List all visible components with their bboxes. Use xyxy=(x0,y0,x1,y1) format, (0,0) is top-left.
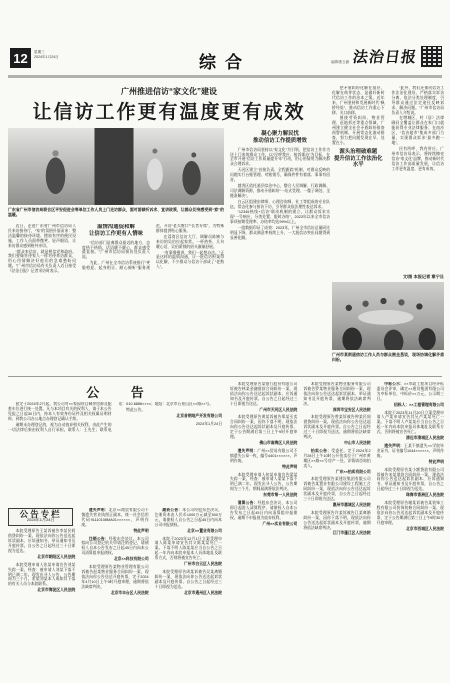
newspaper-page: 12 星期三 2024年1月24日 综合 编辑/燕玉涵 法治日报 广州推进信访“… xyxy=(0,0,450,683)
story-right-column: 把矛盾纠纷化解在基层、化解在萌芽状态，是做好新时代信访工作的治本之策。近年来，广… xyxy=(332,86,444,372)
classified-signature: 北京市丰台区人民法院 xyxy=(81,591,148,596)
secondary-photo-caption: 广州市某街道信访工作人员与群众围坐恳谈，现场协调化解矛盾纠纷。 xyxy=(332,352,444,362)
classified-signature: 江门市蓬江区人民法院 xyxy=(303,531,370,536)
classified-signature: 北京市通州区人民法院 xyxy=(155,591,222,596)
classified-signature: 惠州市惠城区人民法院 xyxy=(303,503,370,508)
classifieds-columns: 本院受理原告某银行股份有限公司诉被告林某金融借款合同纠纷一案，现依法向你公告送达… xyxy=(230,382,444,658)
notice-board-date: 2024年1月24日 xyxy=(11,518,70,523)
notice-body: 兹定于2024年2月起，我公司对××家园项目剩余房源及配套车位进行统一处置。凡与… xyxy=(8,402,222,504)
classified-item: 本院受理原告某小额贷款有限公司诉被告宋某借款合同纠纷一案，现依法向你公告送达起诉… xyxy=(377,468,444,493)
classified-item: 中标公示：××市政工程项目经评标委员会评审，确定××建设集团有限公司为中标单位，… xyxy=(377,382,444,402)
page-number: 12 xyxy=(13,51,27,66)
classified-signature: 特此声明 xyxy=(81,529,148,534)
classified-signature: 清远市清城区人民法院 xyxy=(377,436,444,441)
story-paragraph: 越秀区依托基层综治中心，整合人民调解、行政调解、司法调解资源，推动矛盾纠纷“一站… xyxy=(230,184,330,199)
notice-sign-date: 2024年1月24日 xyxy=(119,422,223,427)
editor-credit: 编辑/燕玉涵 xyxy=(331,59,349,64)
classified-head: 中标公示： xyxy=(384,382,404,386)
classified-item: 遗失声明：广州××贸易有限公司不慎遗失公章一枚，编号4401××××××，声明作… xyxy=(230,449,297,464)
classified-signature: 北京××置业有限公司 xyxy=(155,529,222,534)
story-byline: 文/图 本报记者 章宁旦 xyxy=(332,274,444,280)
classified-item: 遗失声明：北京××商贸有限公司不慎遗失营业执照正副本，统一社会信用代码91110… xyxy=(81,508,148,528)
classified-text: 本院受理原告王某诉被告李某民间借贷纠纷一案，现依法向你公告送达起诉状副本、应诉通… xyxy=(8,529,75,553)
classified-signature: 深圳市宝安区人民法院 xyxy=(303,408,370,413)
lead-photo-caption: 广东省广州市信访局联合区平安促进会等单位工作人员上门走访群众，面对面倾听诉求、宣… xyxy=(8,207,224,217)
notice-title: 公 告 xyxy=(8,382,222,401)
story-paragraph: 民有所呼，我有所应。广州市信访局表示，将持续擦亮信访“家文化”品牌，推动新时代信… xyxy=(392,147,445,172)
story-paragraph: 广州市信访局坚持以“家文化”为引领，把信访工作作为送上门来的群众工作，以“民呼我… xyxy=(230,148,330,168)
paragraph-group: 广州市信访局坚持以“家文化”为引领，把信访工作作为送上门来的群众工作，以“民呼我… xyxy=(230,148,330,241)
classified-item: 拍卖公告：受委托，定于2024年2月28日上午10时公开拍卖位于广州市黄埔区××… xyxy=(303,449,370,469)
classified-text: 本院受理申请人张某申请宣告刘某失踪一案，经查：被申请人刘某下落不明已满二年。现发… xyxy=(8,563,75,587)
story-paragraph: “有事慢慢讲，我们一起想办法。”正是这样的温情沟通，让一批信访积案得以化解，不少… xyxy=(156,251,224,271)
notice-paragraph: 兹定于2024年2月起，我公司对××家园项目剩余房源及配套车位进行统一处置。凡与… xyxy=(8,402,112,422)
classified-signature: 特此声明 xyxy=(377,460,444,465)
notice-paragraph: 特此公告。 xyxy=(119,408,223,413)
paragraph-group: 把矛盾纠纷化解在基层、化解在萌芽状态，是做好新时代信访工作的治本之策。近年来，广… xyxy=(332,86,385,146)
story-paragraph: 天河区建立“首接负责、全程跟踪”机制，对群众反映的问题实行台账管理、对账销号，确… xyxy=(230,168,330,183)
classified-item: 本院受理申请人张某申请宣告刘某失踪一案，经查：被申请人刘某下落不明已满二年。现发… xyxy=(8,563,75,588)
story-paragraph: “群众来信访，就是相信党和政府。我们要像对待家人一样对待来访群众，用心用情解决好… xyxy=(8,250,76,275)
classified-item: 本院受理原告谢某诉被告某装饰工程有限公司装饰装修合同纠纷一案，现依法向你公告送达… xyxy=(377,501,444,526)
classified-signature: 广州市白云区人民法院 xyxy=(155,562,222,567)
classified-signature: 东莞市第一人民法院 xyxy=(230,493,297,498)
classified-item: 本院受理原告某物业管理有限公司诉被告赵某物业服务合同纠纷一案，现依法向你公告送达… xyxy=(81,565,148,590)
classified-text: 本院受理原告某小额贷款有限公司诉被告宋某借款合同纠纷一案，现依法向你公告送达起诉… xyxy=(377,468,444,492)
right-column-text: 把矛盾纠纷化解在基层、化解在萌芽状态，是做好新时代信访工作的治本之策。近年来，广… xyxy=(332,86,444,272)
date-block: 星期三 2024年1月24日 xyxy=(34,50,59,59)
subhead-3: 源头治理破难题 提升信访工作法治化水平 xyxy=(332,149,385,169)
subhead-1: 温情沟通促和解 让信访工作更有人情味 xyxy=(82,224,150,238)
classified-text: 本院于2023年12月1日立案受理申请人陈某申请宣告其父陈某某死亡一案。下落不明… xyxy=(155,537,222,561)
header-rule xyxy=(8,75,442,78)
classified-item: 本院受理原告周某诉被告吴某离婚纠纷一案，现依法向你公告送达起诉状副本及开庭传票，… xyxy=(155,570,222,590)
classified-signature: 中山市人民法院 xyxy=(303,441,370,446)
classified-head: 遗失声明： xyxy=(238,449,258,453)
section-title: 综合 xyxy=(120,48,330,73)
story-paragraph: “信访部门是离群众最近的地方，态度热不热情、话语暖不暖心，群众感受最直接。”广州… xyxy=(82,241,150,261)
notice-signature: 北京首钢地产开发有限公司 xyxy=(119,414,223,419)
classified-text: 本院受理原告谢某诉被告某装饰工程有限公司装饰装修合同纠纷一案，现依法向你公告送达… xyxy=(377,501,444,525)
masthead-logo: 法治日报 xyxy=(352,46,419,67)
classified-head: 拍卖公告： xyxy=(311,449,331,453)
classified-signature: 北京市朝阳区人民法院 xyxy=(8,555,75,560)
classified-item: 本院于2023年12月1日立案受理申请人陈某申请宣告其父陈某某死亡一案。下落不明… xyxy=(155,537,222,562)
classified-head: 遗失声明： xyxy=(89,508,109,512)
classified-text: 本院受理原告某银行股份有限公司诉被告林某金融借款合同纠纷一案，现依法向你公告送达… xyxy=(230,382,297,406)
notice-board-columns: 公告专栏 2024年1月24日 本院受理原告王某诉被告李某民间借贷纠纷一案，现依… xyxy=(8,508,222,658)
classified-head: 注销公告： xyxy=(89,537,109,541)
subhead-2: 凝心聚力解民忧 推动信访工作提质增效 xyxy=(230,131,330,145)
classified-text: 本院受理原告某物业服务有限公司诉被告罗某物业服务合同纠纷一案，现依法向你公告送达… xyxy=(303,382,370,406)
notice-board-box: 公告专栏 2024年1月24日 xyxy=(8,508,73,526)
classified-text: 本院受理原告某建设集团有限公司诉被告某置业有限公司建设工程施工合同纠纷一案，现依… xyxy=(303,477,370,501)
paragraph-group: 近日，走进广东省广州市信访局人民来访接待厅，“家”的氛围扑面而来：整洁温馨的接待… xyxy=(8,224,76,274)
story-headline: 让信访工作更有温度更有成效 xyxy=(8,97,330,124)
classified-item: 本院于2023年11月20日立案受理申请人卢某申请宣告其兄卢某某死亡一案。下落不… xyxy=(377,411,444,436)
classified-signature: 北京××科技有限公司 xyxy=(81,557,148,562)
story-kicker: 广州推进信访“家文化”建设 xyxy=(8,86,330,97)
story-paragraph: “此外，我们还推动信访工作法治化建设，严格落实诉访分离、依法分类处理制度，引导群… xyxy=(392,86,445,115)
classified-signature: 北京市西城区人民法院 xyxy=(377,527,444,532)
classified-signature: 北京市海淀区人民法院 xyxy=(8,588,75,593)
story-paragraph: 一组数据印证了成效：2023年，广州全市信访总量同比明显下降，群众满意率持续上升… xyxy=(230,226,330,241)
classified-item: 本院受理原告某银行股份有限公司诉被告林某金融借款合同纠纷一案，现依法向你公告送达… xyxy=(230,382,297,407)
classified-item: 本院受理原告某物业服务有限公司诉被告罗某物业服务合同纠纷一案，现依法向你公告送达… xyxy=(303,382,370,407)
classified-text: 本院受理原告黄某诉被告郑某买卖合同纠纷一案，因你下落不明，现依法向你公告送达起诉… xyxy=(230,415,297,439)
date: 2024年1月24日 xyxy=(34,55,59,60)
classified-head: 遗失声明： xyxy=(384,444,404,448)
classified-head: 减资公告： xyxy=(162,508,182,512)
paragraph-group: “此外，我们还推动信访工作法治化建设，严格落实诉访分离、依法分类处理制度，引导群… xyxy=(392,86,445,171)
classified-signature: 广州××实业有限公司 xyxy=(230,522,297,527)
story-paragraph: 把矛盾纠纷化解在基层、化解在萌芽状态，是做好新时代信访工作的治本之策。近年来，广… xyxy=(332,86,385,115)
classified-text: 本院受理原告某物业管理有限公司诉被告赵某物业服务合同纠纷一案，现依法向你公告送达… xyxy=(81,565,148,589)
story-paragraph: “12345热线+信访”联动机制的建立，让群众诉求实现“一号响应、分类处置、限时… xyxy=(230,210,330,225)
classified-signature: 佛山市南海区人民法院 xyxy=(230,441,297,446)
story-left-columns: 近日，走进广东省广州市信访局人民来访接待厅，“家”的氛围扑面而来：整洁温馨的接待… xyxy=(8,224,224,372)
classified-item: 减资公告：本公司经股东会决议，注册资本由人民币1000万元减至500万元，请债权… xyxy=(155,508,222,528)
classified-head: 清算公告： xyxy=(238,501,258,505)
story-paragraph: 围绕劳资纠纷、物业管理、征地拆迁等重点领域，广州建立健全社会矛盾纠纷排查预警机制… xyxy=(332,116,385,145)
story-paragraph: 在荔湾区信访大厅，调解员陈姨与来访的吴伯拉起家常。一杯热茶、几句暖心话，吴伯紧锁… xyxy=(156,235,224,250)
story-middle-column: 凝心聚力解民忧 推动信访工作提质增效 广州市信访局坚持以“家文化”为引领，把信访… xyxy=(230,128,330,372)
classified-item: 注销公告：经股东会决议，本公司拟向公司登记机关申请注销登记，请债权人自本公告发布… xyxy=(81,537,148,557)
classified-item: 本院受理原告黄某诉被告郑某买卖合同纠纷一案，因你下落不明，现依法向你公告送达起诉… xyxy=(230,415,297,440)
classified-signature: 珠海市香洲区人民法院 xyxy=(377,493,444,498)
classified-item: 本院受理申请人何某申请宣告梁某失踪一案，经查：被申请人梁某下落不明已满二年。现发… xyxy=(230,473,297,493)
section-divider xyxy=(8,376,442,377)
lead-photo xyxy=(8,128,224,205)
classified-signature: 招标人：××工程管理有限公司 xyxy=(377,403,444,408)
classified-signature: 广东××拍卖有限公司 xyxy=(303,470,370,475)
classified-text: 本院受理原告曾某诉被告钟某民间借贷纠纷一案，现依法向你公告送达起诉状副本及开庭传… xyxy=(303,415,370,439)
classified-item: 遗失声明：王某不慎遗失××学院毕业证书，证书编号1044××××××，声明作废。 xyxy=(377,444,444,459)
classified-text: 本院受理原告周某诉被告吴某离婚纠纷一案，现依法向你公告送达起诉状副本及开庭传票，… xyxy=(155,570,222,589)
story-paragraph: 白云区组建由律师、心理咨询师、社工等组成的专业队伍，常态化参与接访下访，引导群众… xyxy=(230,200,330,210)
classified-signature: 广州市天河区人民法院 xyxy=(230,408,297,413)
classified-item: 本院受理原告曾某诉被告钟某民间借贷纠纷一案，现依法向你公告送达起诉状副本及开庭传… xyxy=(303,415,370,440)
classified-text: 本院受理原告许某诉被告江某离婚纠纷一案，因你下落不明，现依法向你公告送达起诉状副… xyxy=(303,511,370,530)
classified-item: 本院受理原告某建设集团有限公司诉被告某置业有限公司建设工程施工合同纠纷一案，现依… xyxy=(303,477,370,502)
classified-text: 本院受理申请人何某申请宣告梁某失踪一案，经查：被申请人梁某下落不明已满二年。现发… xyxy=(230,473,297,492)
classified-text: 本院于2023年11月20日立案受理申请人卢某申请宣告其兄卢某某死亡一案。下落不… xyxy=(377,411,444,435)
classified-item: 本院受理原告王某诉被告李某民间借贷纠纷一案，现依法向你公告送达起诉状副本、应诉通… xyxy=(8,529,75,554)
secondary-photo xyxy=(332,282,444,350)
qr-code-icon xyxy=(421,46,442,67)
masthead-row: 编辑/燕玉涵 法治日报 xyxy=(331,46,442,67)
classified-signature: 特此声明 xyxy=(230,465,297,470)
story-paragraph: 近日，走进广东省广州市信访局人民来访接待厅，“家”的氛围扑面而来：整洁温馨的接待… xyxy=(8,224,76,249)
classified-item: 清算公告：经股东会决议，本公司即日起进入清算程序，请债权人自本公告发布之日起45… xyxy=(230,501,297,521)
classified-item: 本院受理原告许某诉被告江某离婚纠纷一案，因你下落不明，现依法向你公告送达起诉状副… xyxy=(303,511,370,531)
page-number-box: 12 xyxy=(10,48,31,68)
classified-list: 本院受理原告某银行股份有限公司诉被告林某金融借款合同纠纷一案，现依法向你公告送达… xyxy=(230,382,444,536)
story-paragraph: 在增城区，村（居）法律顾问全覆盖让群众在家门口就能获得专业法律服务；在南沙区，“… xyxy=(392,116,445,145)
